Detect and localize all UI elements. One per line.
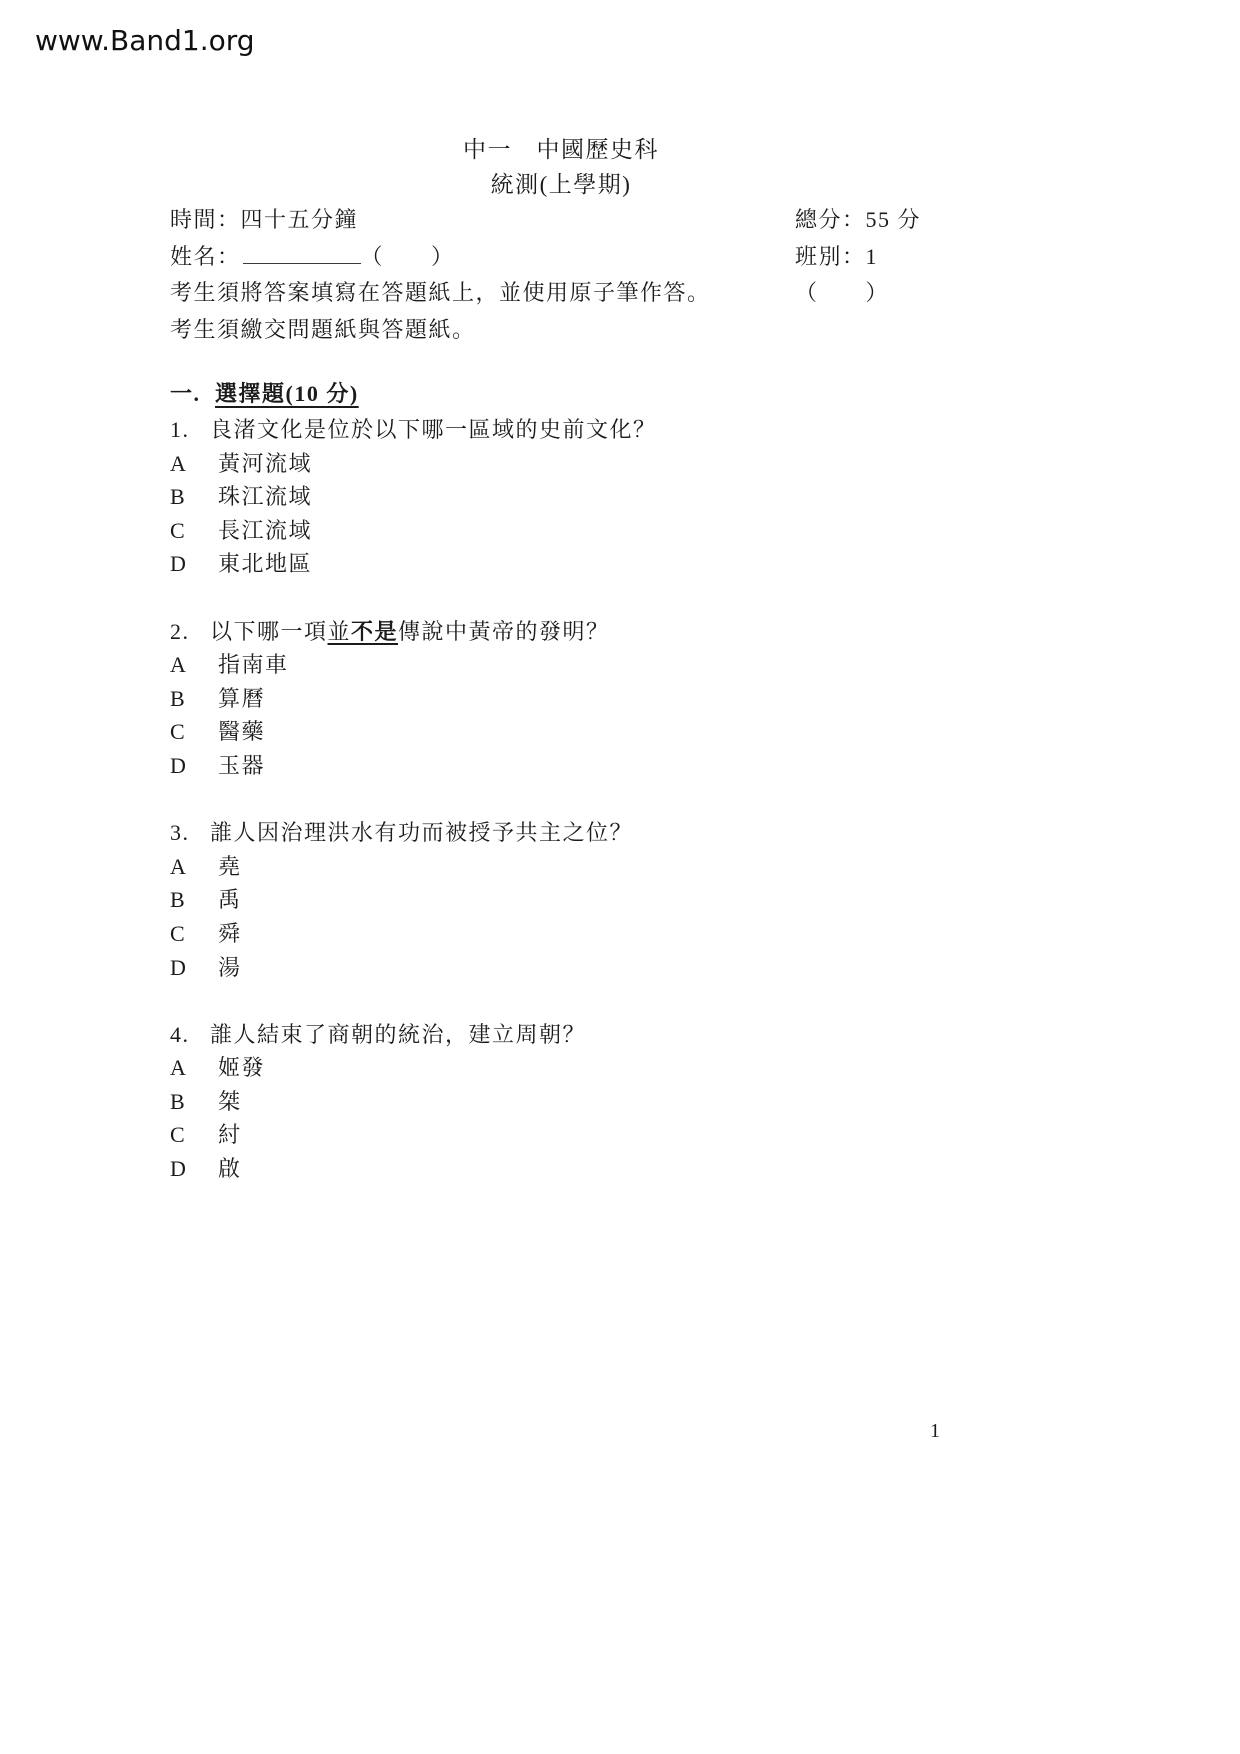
question-text: 以下哪一項並不是傳說中黃帝的發明？ [210,619,610,644]
name-class-row: 姓名：（ ） 班別：1（ ） [170,239,952,276]
option-letter: D [170,951,218,985]
question-text-post: 傳說中黃帝的發明？ [398,619,610,644]
section-heading: 一.選擇題(10 分) [170,377,952,411]
option-letter: C [170,1118,218,1152]
option-row: C紂 [170,1118,952,1152]
question-3-text-line: 3.誰人因治理洪水有功而被授予共主之位？ [170,816,952,850]
option-letter: A [170,447,218,481]
option-letter: B [170,480,218,514]
section-number: 一. [170,377,215,411]
option-letter: D [170,1152,218,1186]
option-text: 姬發 [218,1055,265,1080]
question-2-text-line: 2.以下哪一項並不是傳說中黃帝的發明？ [170,615,952,649]
option-row: B珠江流域 [170,480,952,514]
question-number: 4. [170,1018,210,1052]
question-number: 3. [170,816,210,850]
option-text: 堯 [218,854,242,879]
option-row: B桀 [170,1085,952,1119]
question-1: 1.良渚文化是位於以下哪一區域的史前文化？ A黃河流域 B珠江流域 C長江流域 … [170,413,952,581]
total-marks-label: 總分：55 分 [795,202,921,239]
question-4: 4.誰人結束了商朝的統治，建立周朝？ A姬發 B桀 C紂 D啟 [170,1018,952,1186]
option-row: A指南車 [170,648,952,682]
question-text-underlined: 並 [328,619,352,644]
time-total-row: 時間：四十五分鐘 總分：55 分 [170,202,952,239]
option-text: 指南車 [218,652,289,677]
option-text: 桀 [218,1089,242,1114]
option-row: B禹 [170,883,952,917]
question-3: 3.誰人因治理洪水有功而被授予共主之位？ A堯 B禹 C舜 D湯 [170,816,952,984]
option-row: B算曆 [170,682,952,716]
exam-subtitle: 統測(上學期) [170,167,952,202]
question-text: 誰人結束了商朝的統治，建立周朝？ [210,1022,586,1047]
option-text: 長江流域 [218,518,312,543]
option-text: 黃河流域 [218,451,312,476]
option-letter: B [170,1085,218,1119]
option-row: D湯 [170,951,952,985]
exam-title: 中一 中國歷史科 [170,132,952,167]
option-row: D啟 [170,1152,952,1186]
option-row: C舜 [170,917,952,951]
option-text: 舜 [218,921,242,946]
option-letter: A [170,648,218,682]
option-text: 啟 [218,1156,242,1181]
option-text: 禹 [218,887,242,912]
option-letter: C [170,715,218,749]
option-letter: D [170,547,218,581]
question-text: 誰人因治理洪水有功而被授予共主之位？ [210,820,633,845]
option-letter: A [170,850,218,884]
question-1-text-line: 1.良渚文化是位於以下哪一區域的史前文化？ [170,413,952,447]
option-text: 算曆 [218,686,265,711]
option-letter: C [170,917,218,951]
option-text: 珠江流域 [218,484,312,509]
name-blank-line [243,242,361,264]
option-letter: A [170,1051,218,1085]
time-label: 時間：四十五分鐘 [170,207,358,232]
question-text-pre: 以下哪一項 [210,619,328,644]
option-text: 東北地區 [218,551,312,576]
option-letter: B [170,883,218,917]
exam-paper-page: www.Band1.org 中一 中國歷史科 統測(上學期) 時間：四十五分鐘 … [0,0,1240,1754]
site-watermark: www.Band1.org [35,24,255,57]
option-text: 紂 [218,1122,242,1147]
option-letter: D [170,749,218,783]
question-number: 2. [170,615,210,649]
question-text-bold-underlined: 不是 [351,619,398,644]
name-parens: （ ） [361,244,455,269]
class-label: 班別：1（ ） [795,239,952,312]
option-row: D東北地區 [170,547,952,581]
option-row: A黃河流域 [170,447,952,481]
option-text: 湯 [218,955,242,980]
instruction-line-2: 考生須繳交問題紙與答題紙。 [170,312,952,349]
question-4-text-line: 4.誰人結束了商朝的統治，建立周朝？ [170,1018,952,1052]
option-row: A堯 [170,850,952,884]
option-letter: C [170,514,218,548]
option-row: C長江流域 [170,514,952,548]
option-row: D玉器 [170,749,952,783]
option-text: 玉器 [218,753,265,778]
question-2: 2.以下哪一項並不是傳說中黃帝的發明？ A指南車 B算曆 C醫藥 D玉器 [170,615,952,783]
page-number: 1 [930,1420,940,1443]
question-number: 1. [170,413,210,447]
section-title: 選擇題(10 分) [215,381,359,406]
option-row: A姬發 [170,1051,952,1085]
option-row: C醫藥 [170,715,952,749]
option-letter: B [170,682,218,716]
question-text: 良渚文化是位於以下哪一區域的史前文化？ [210,417,657,442]
option-text: 醫藥 [218,719,265,744]
name-label: 姓名： [170,244,241,269]
exam-content: 中一 中國歷史科 統測(上學期) 時間：四十五分鐘 總分：55 分 姓名：（ ）… [170,132,952,1186]
